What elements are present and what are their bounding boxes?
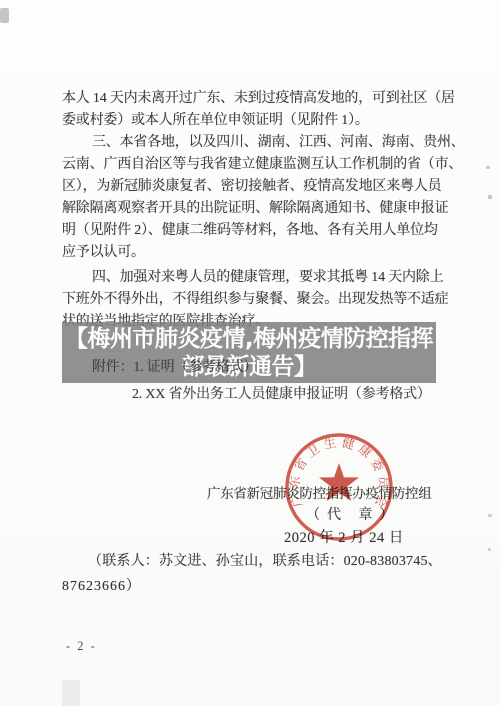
text-line: 应予以认可。 [62,241,145,261]
text-line: 2. XX 省外出务工人员健康申报证明（参考格式） [132,383,431,403]
text-line: 委或村委）或本人所在单位申领证明（见附件 1）。 [62,109,369,129]
text-line: 下班外不得外出，不得组织参与聚餐、聚会。出现发热等不适症 [62,288,448,308]
official-seal-stamp: 广东省卫生健康委员会 [282,432,398,546]
contact-info-line1: （联系人：苏文进、孙宝山，联系电话：020-83803745、 [88,550,442,570]
text-line: 四、加强对来粤人员的健康管理，要求其抵粤 14 天内除上 [92,266,443,286]
scan-speck [486,166,490,169]
scan-speck [488,548,491,551]
text-line: 区），为新冠肺炎康复者、密切接触者、疫情高发地区来粤人员 [62,175,441,195]
scan-smudge [0,8,9,23]
text-line: 三、本省各地，以及四川、湖南、江西、河南、海南、贵州、 [92,131,465,151]
text-line: 本人 14 天内未离开过广东、未到过疫情高发地的，可到社区（居 [62,87,455,107]
scanned-document-page: 本人 14 天内未离开过广东、未到过疫情高发地的，可到社区（居委或村委）或本人所… [0,0,500,706]
text-line: 解除隔离观察者开具的出院证明、解除隔离通知书、健康申报证 [62,197,448,217]
scan-speck [488,514,492,517]
text-line: 明（见附件 2）、健康二维码等材料，各地、各有关用人单位均 [62,219,438,239]
scan-shadow [62,680,80,706]
contact-info-line2: 87623666） [62,575,141,595]
page-number: - 2 - [66,639,97,654]
text-line: 云南、广西自治区等与我省建立健康监测互认工作机制的省（市、 [62,153,462,173]
text-line: 附件：1. 证明（参考格式） [92,356,257,376]
scan-speck [488,195,492,199]
star-icon [319,463,359,501]
watermark-text-line1: 【梅州市肺炎疫情,梅州疫情防控指挥 [65,325,433,353]
